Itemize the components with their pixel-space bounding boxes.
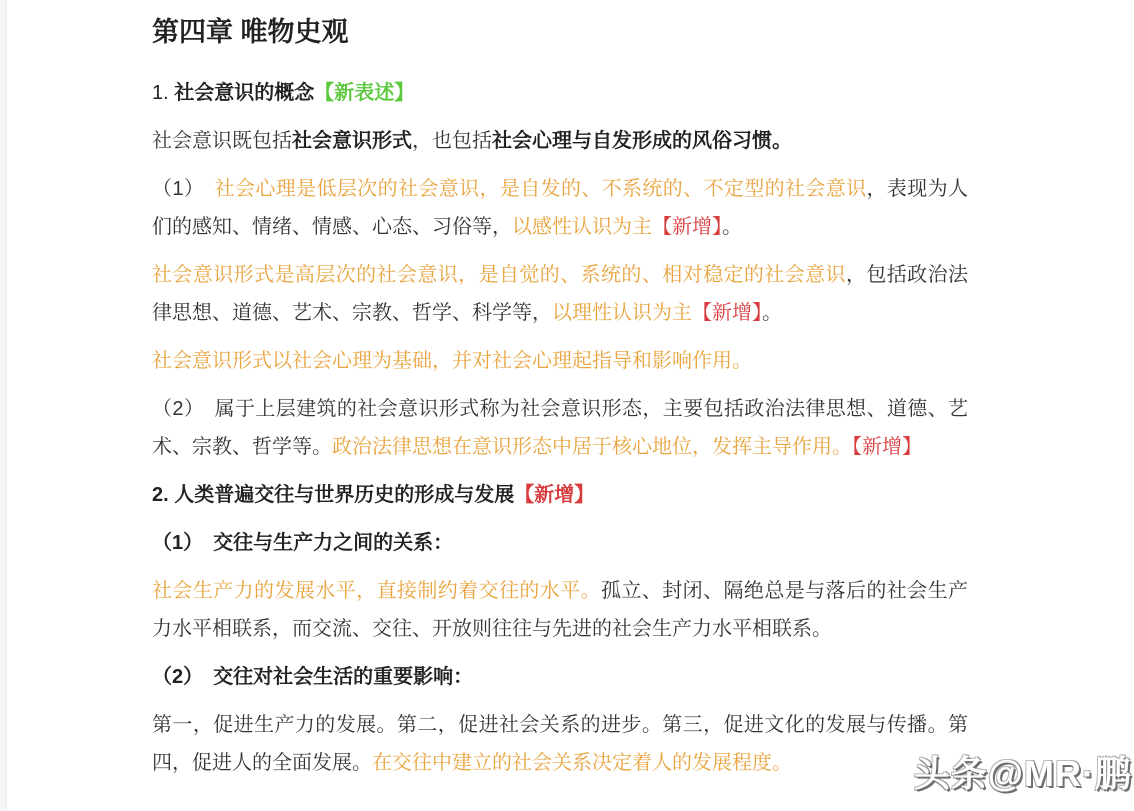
text-segment: （2） 交往对社会生活的重要影响： — [152, 666, 473, 688]
text-segment: 社会心理是低层次的社会意识，是自发的、不系统的、不定型的社会意识 — [215, 178, 867, 200]
article-body: 第四章 唯物史观 1. 社会意识的概念【新表述】 社会意识既包括社会意识形式，也… — [0, 0, 1134, 782]
text-segment: 社会意识形式是高层次的社会意识，是自觉的、系统的、相对稳定的社会意识 — [152, 264, 846, 286]
text-segment: 【新增】 — [852, 436, 922, 458]
chapter-title: 第四章 唯物史观 — [152, 12, 968, 52]
subheading-communication-productivity: （1） 交往与生产力之间的关系： — [152, 524, 968, 562]
para-forms-based-on-psychology: 社会意识形式以社会心理为基础，并对社会心理起指导和影响作用。 — [152, 342, 968, 380]
article-page: { "watermark": "头条@MR·鹏", "colors": { "o… — [0, 0, 1134, 811]
text-segment: 【新增】 — [652, 216, 722, 238]
text-segment: 社会意识形式 — [292, 130, 412, 152]
para-ideology: （2） 属于上层建筑的社会意识形式称为社会意识形态，主要包括政治法律思想、道德、… — [152, 390, 968, 466]
text-segment: 社会心理与自发形成的风俗习惯。 — [492, 130, 792, 152]
text-segment: 社会意识既包括 — [152, 130, 292, 152]
text-segment: 1. — [152, 82, 174, 104]
text-segment: 。 — [762, 302, 782, 324]
para-social-consciousness-includes: 社会意识既包括社会意识形式，也包括社会心理与自发形成的风俗习惯。 — [152, 122, 968, 160]
text-segment: 以感性认识为主 — [512, 216, 652, 238]
text-segment: 【新增】 — [692, 302, 762, 324]
section-2-heading: 2. 人类普遍交往与世界历史的形成与发展【新增】 — [152, 476, 968, 514]
para-productivity-level: 社会生产力的发展水平，直接制约着交往的水平。孤立、封闭、隔绝总是与落后的社会生产… — [152, 572, 968, 648]
text-segment: 【新增】 — [514, 484, 594, 506]
toutiao-watermark: 头条@MR·鹏 — [914, 746, 1132, 797]
text-segment: 以理性认识为主 — [552, 302, 692, 324]
subheading-communication-impact: （2） 交往对社会生活的重要影响： — [152, 658, 968, 696]
text-segment: 政治法律思想在意识形态中居于核心地位，发挥主导作用。 — [332, 436, 852, 458]
text-segment: （1） 交往与生产力之间的关系： — [152, 532, 453, 554]
section-1-heading: 1. 社会意识的概念【新表述】 — [152, 74, 968, 112]
text-segment: ，也包括 — [412, 130, 492, 152]
text-segment: 【新表述】 — [314, 82, 414, 104]
text-segment: 2. 人类普遍交往与世界历史的形成与发展 — [152, 484, 514, 506]
text-segment: 。 — [722, 216, 742, 238]
para-social-psychology: （1） 社会心理是低层次的社会意识，是自发的、不系统的、不定型的社会意识，表现为… — [152, 170, 968, 246]
text-segment: 社会意识的概念 — [174, 82, 314, 104]
para-social-consciousness-forms: 社会意识形式是高层次的社会意识，是自觉的、系统的、相对稳定的社会意识，包括政治法… — [152, 256, 968, 332]
text-segment: 在交往中建立的社会关系决定着人的发展程度。 — [372, 752, 792, 774]
text-segment: （1） — [152, 178, 215, 200]
text-segment: 社会生产力的发展水平，直接制约着交往的水平。 — [152, 580, 601, 602]
text-segment: 第四章 唯物史观 — [152, 17, 349, 47]
text-segment: 社会意识形式以社会心理为基础，并对社会心理起指导和影响作用。 — [152, 350, 752, 372]
para-four-impacts: 第一，促进生产力的发展。第二，促进社会关系的进步。第三，促进文化的发展与传播。第… — [152, 706, 968, 782]
